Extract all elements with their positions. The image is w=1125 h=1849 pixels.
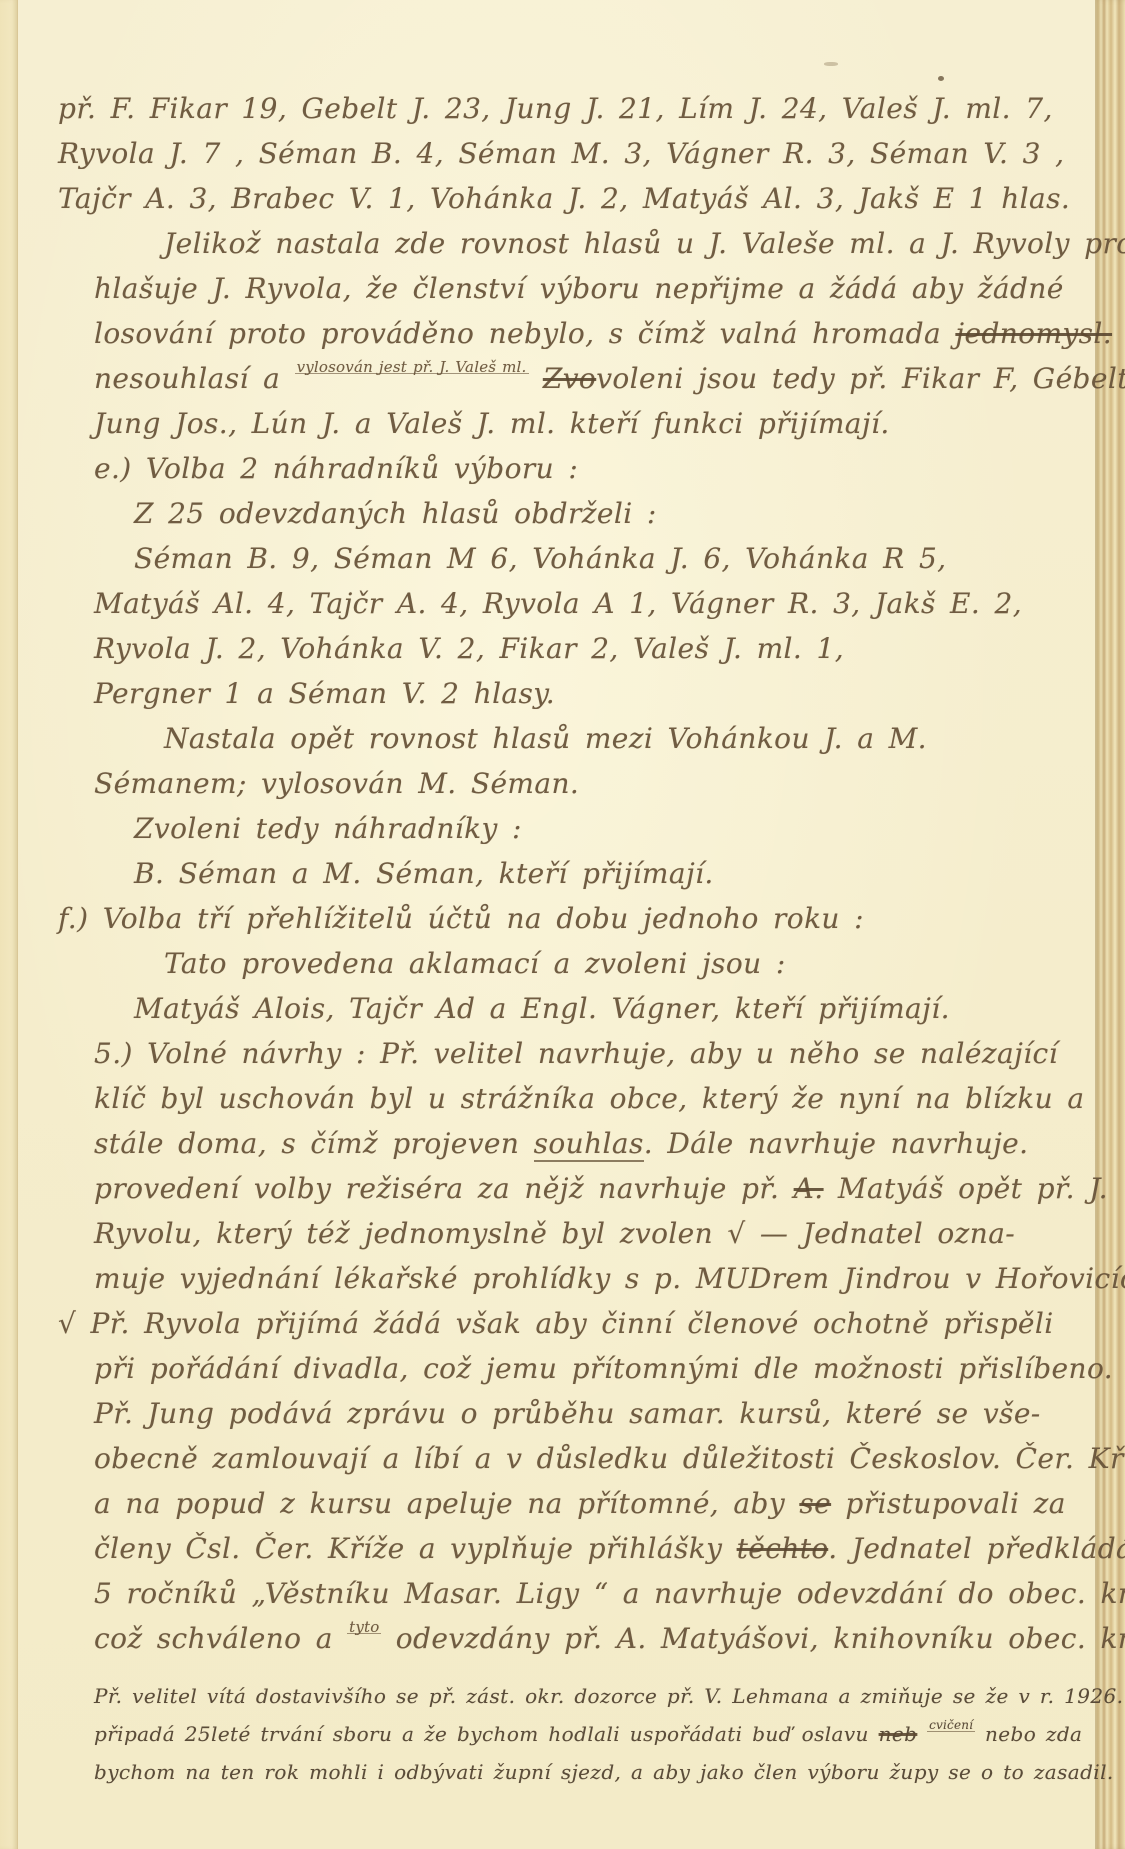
manuscript-sup-segment: vylosován jest př. J. Valeš ml. — [295, 362, 529, 374]
manuscript-line: Ryvola J. 7 , Séman B. 4, Séman M. 3, Vá… — [58, 131, 1091, 176]
manuscript-line: Séman B. 9, Séman M 6, Vohánka J. 6, Voh… — [134, 536, 1091, 581]
manuscript-page: př. F. Fikar 19, Gebelt J. 23, Jung J. 2… — [0, 0, 1125, 1849]
manuscript-text-segment: . Jednatel předkládá — [828, 1532, 1125, 1565]
manuscript-text-segment: Z 25 odevzdaných hlasů obdrželi : — [134, 497, 657, 530]
manuscript-text-segment: bychom na ten rok mohli i odbývati župní… — [94, 1760, 1114, 1784]
manuscript-line: e.) Volba 2 náhradníků výboru : — [94, 446, 1091, 491]
manuscript-underline-segment: souhlas — [534, 1127, 644, 1162]
manuscript-line: bychom na ten rok mohli i odbývati župní… — [94, 1753, 1091, 1791]
manuscript-text-segment: klíč byl uschován byl u strážníka obce, … — [94, 1082, 1085, 1115]
manuscript-line: 5.) Volné návrhy : Př. velitel navrhuje,… — [94, 1031, 1091, 1076]
manuscript-strike-segment: A. — [794, 1172, 824, 1205]
manuscript-text-segment: Matyáš opět př. J. — [824, 1172, 1108, 1205]
manuscript-strike-segment: neb — [879, 1722, 918, 1746]
manuscript-text-segment: Jung Jos., Lún J. a Valeš J. ml. kteří f… — [94, 407, 890, 440]
manuscript-line: provedení volby režiséra za nějž navrhuj… — [94, 1166, 1091, 1211]
manuscript-line: Jung Jos., Lún J. a Valeš J. ml. kteří f… — [94, 401, 1091, 446]
manuscript-text-segment: Sémanem; vylosován M. Séman. — [94, 767, 579, 800]
manuscript-text-segment: Jelikož nastala zde rovnost hlasů u J. V… — [164, 227, 1125, 260]
manuscript-line: členy Čsl. Čer. Kříže a vyplňuje přihláš… — [94, 1526, 1091, 1571]
manuscript-line: Pergner 1 a Séman V. 2 hlasy. — [94, 671, 1091, 716]
manuscript-strike-segment: se — [799, 1487, 831, 1520]
manuscript-line: Nastala opět rovnost hlasů mezi Vohánkou… — [164, 716, 1091, 761]
manuscript-text-segment: voleni jsou tedy př. Fikar F, Gébelt J, — [596, 362, 1125, 395]
manuscript-line: hlašuje J. Ryvola, že členství výboru ne… — [94, 266, 1091, 311]
manuscript-text-segment: losování proto prováděno nebylo, s čímž … — [94, 317, 955, 350]
manuscript-line: Př. velitel vítá dostavivšího se př. zás… — [94, 1677, 1091, 1715]
manuscript-text-segment: stále doma, s čímž projeven — [94, 1127, 534, 1160]
manuscript-line: a na popud z kursu apeluje na přítomné, … — [94, 1481, 1091, 1526]
manuscript-line: muje vyjednání lékařské prohlídky s p. M… — [94, 1256, 1091, 1301]
manuscript-line: Z 25 odevzdaných hlasů obdrželi : — [134, 491, 1091, 536]
manuscript-line: Zvoleni tedy náhradníky : — [134, 806, 1091, 851]
manuscript-line: klíč byl uschován byl u strážníka obce, … — [94, 1076, 1091, 1121]
manuscript-text-segment: Nastala opět rovnost hlasů mezi Vohánkou… — [164, 722, 927, 755]
manuscript-line: Ryvolu, který též jednomyslně byl zvolen… — [94, 1211, 1091, 1256]
manuscript-text-segment: a na popud z kursu apeluje na přítomné, … — [94, 1487, 799, 1520]
manuscript-text-segment: Zvoleni tedy náhradníky : — [134, 812, 522, 845]
manuscript-text-segment: Ryvola J. 2, Vohánka V. 2, Fikar 2, Vale… — [94, 632, 844, 665]
manuscript-text-segment: což schváleno a — [94, 1622, 347, 1655]
manuscript-strike-segment: těchto — [737, 1532, 829, 1565]
manuscript-text-segment: nesouhlasí a — [94, 362, 295, 395]
manuscript-line: což schváleno a tyto odevzdány př. A. Ma… — [94, 1616, 1091, 1661]
manuscript-text-segment: provedení volby režiséra za nějž navrhuj… — [94, 1172, 794, 1205]
manuscript-text-segment: obecně zamlouvají a líbí a v důsledku dů… — [94, 1442, 1125, 1475]
manuscript-line: při pořádání divadla, což jemu přítomným… — [94, 1346, 1091, 1391]
manuscript-text-segment: . Dále navrhuje navrhuje. — [644, 1127, 1029, 1160]
manuscript-line: Matyáš Al. 4, Tajčr A. 4, Ryvola A 1, Vá… — [94, 581, 1091, 626]
manuscript-text-segment: připadá 25leté trvání sboru a že bychom … — [94, 1722, 879, 1746]
page-gutter-edge — [0, 0, 18, 1849]
manuscript-line: Matyáš Alois, Tajčr Ad a Engl. Vágner, k… — [134, 986, 1091, 1031]
manuscript-line: f.) Volba tří přehlížitelů účtů na dobu … — [58, 896, 1091, 941]
manuscript-line: př. F. Fikar 19, Gebelt J. 23, Jung J. 2… — [58, 86, 1091, 131]
manuscript-text-segment: Tajčr A. 3, Brabec V. 1, Vohánka J. 2, M… — [58, 182, 1070, 215]
manuscript-line: Ryvola J. 2, Vohánka V. 2, Fikar 2, Vale… — [94, 626, 1091, 671]
manuscript-line: 5 ročníků „Věstníku Masar. Ligy “ a navr… — [94, 1571, 1091, 1616]
manuscript-text-segment: odevzdány př. A. Matyášovi, knihovníku o… — [381, 1622, 1125, 1655]
manuscript-line: stále doma, s čímž projeven souhlas. Dál… — [94, 1121, 1091, 1166]
manuscript-text-segment: 5 ročníků „Věstníku Masar. Ligy “ a navr… — [94, 1577, 1125, 1610]
manuscript-text-segment: e.) Volba 2 náhradníků výboru : — [94, 452, 578, 485]
manuscript-text-segment: Matyáš Al. 4, Tajčr A. 4, Ryvola A 1, Vá… — [94, 587, 1022, 620]
manuscript-text-segment: při pořádání divadla, což jemu přítomným… — [94, 1352, 1113, 1385]
manuscript-sup-segment: tyto — [347, 1622, 381, 1634]
manuscript-text-segment: Pergner 1 a Séman V. 2 hlasy. — [94, 677, 555, 710]
manuscript-line: připadá 25leté trvání sboru a že bychom … — [94, 1715, 1091, 1753]
manuscript-text-segment: př. F. Fikar 19, Gebelt J. 23, Jung J. 2… — [58, 92, 1053, 125]
manuscript-strike-segment: Zvo — [543, 362, 596, 395]
manuscript-sup-segment: cvičení — [927, 1720, 975, 1732]
manuscript-text-segment: Matyáš Alois, Tajčr Ad a Engl. Vágner, k… — [134, 992, 950, 1025]
manuscript-text-segment — [529, 362, 543, 395]
manuscript-text-segment: √ Př. Ryvola přijímá žádá však aby činní… — [58, 1307, 1054, 1340]
manuscript-text-segment: přistupovali za — [831, 1487, 1066, 1520]
manuscript-text-segment: členy Čsl. Čer. Kříže a vyplňuje přihláš… — [94, 1532, 737, 1565]
manuscript-line: Př. Jung podává zprávu o průběhu samar. … — [94, 1391, 1091, 1436]
manuscript-text-segment: muje vyjednání lékařské prohlídky s p. M… — [94, 1262, 1125, 1295]
manuscript-text-segment: 5.) Volné návrhy : Př. velitel navrhuje,… — [94, 1037, 1058, 1070]
manuscript-text-segment: Ryvola J. 7 , Séman B. 4, Séman M. 3, Vá… — [58, 137, 1064, 170]
manuscript-line: obecně zamlouvají a líbí a v důsledku dů… — [94, 1436, 1091, 1481]
manuscript-line: Tajčr A. 3, Brabec V. 1, Vohánka J. 2, M… — [58, 176, 1091, 221]
manuscript-body: př. F. Fikar 19, Gebelt J. 23, Jung J. 2… — [58, 72, 1091, 1791]
manuscript-line: Tato provedena aklamací a zvoleni jsou : — [164, 941, 1091, 986]
manuscript-line: √ Př. Ryvola přijímá žádá však aby činní… — [58, 1301, 1091, 1346]
manuscript-text-segment: Tato provedena aklamací a zvoleni jsou : — [164, 947, 786, 980]
manuscript-strike-segment: jednomysl. — [955, 317, 1112, 350]
manuscript-text-segment: Př. Jung podává zprávu o průběhu samar. … — [94, 1397, 1041, 1430]
ink-smudge — [824, 62, 838, 66]
manuscript-text-segment: Séman B. 9, Séman M 6, Vohánka J. 6, Voh… — [134, 542, 946, 575]
manuscript-text-segment — [917, 1722, 927, 1746]
book-page-edges — [1095, 0, 1125, 1849]
manuscript-line: Sémanem; vylosován M. Séman. — [94, 761, 1091, 806]
manuscript-text-segment: nebo zda — [975, 1722, 1082, 1746]
manuscript-text-segment: Př. velitel vítá dostavivšího se př. zás… — [94, 1684, 1123, 1708]
manuscript-line: B. Séman a M. Séman, kteří přijímají. — [134, 851, 1091, 896]
manuscript-text-segment: hlašuje J. Ryvola, že členství výboru ne… — [94, 272, 1064, 305]
manuscript-text-segment: f.) Volba tří přehlížitelů účtů na dobu … — [58, 902, 864, 935]
manuscript-text-segment: B. Séman a M. Séman, kteří přijímají. — [134, 857, 714, 890]
manuscript-line: nesouhlasí a vylosován jest př. J. Valeš… — [94, 356, 1091, 401]
manuscript-line: Jelikož nastala zde rovnost hlasů u J. V… — [164, 221, 1091, 266]
manuscript-text-segment: Ryvolu, který též jednomyslně byl zvolen… — [94, 1217, 1015, 1250]
manuscript-line: losování proto prováděno nebylo, s čímž … — [94, 311, 1091, 356]
